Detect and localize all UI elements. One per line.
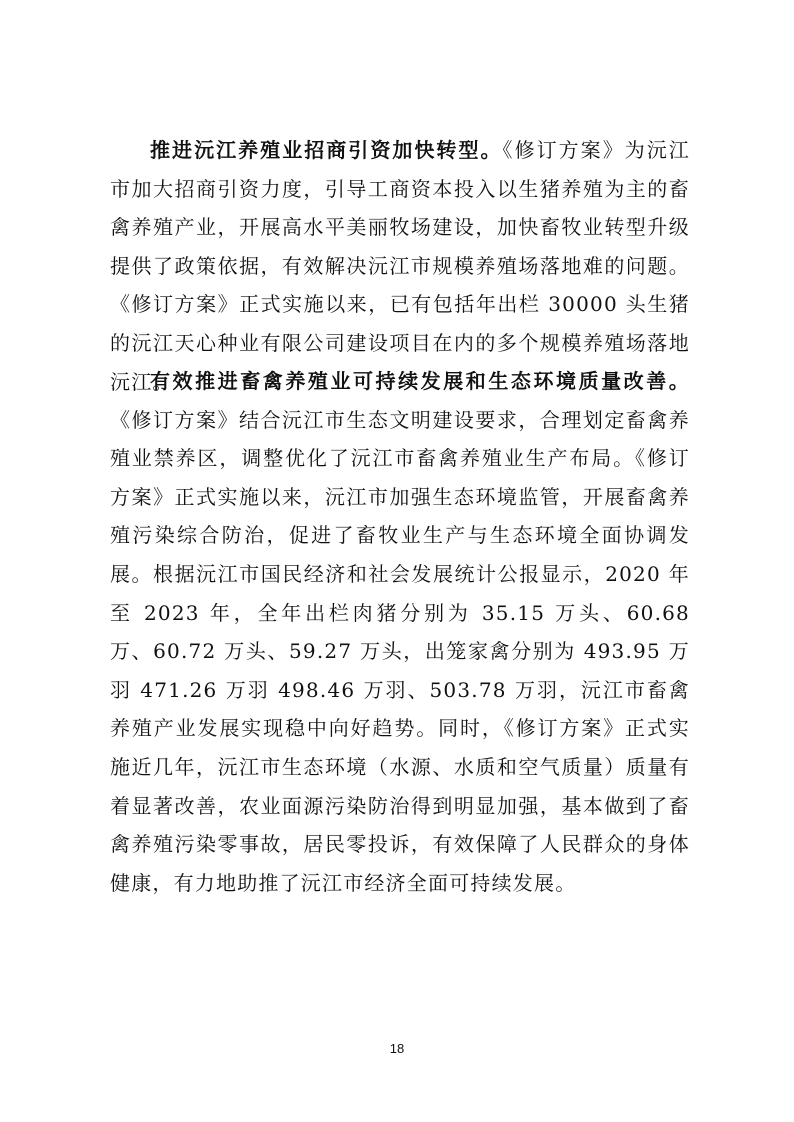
paragraph-investment: 推进沅江养殖业招商引资加快转型。《修订方案》为沅江市加大招商引资力度，引导工商资… [110,131,690,401]
document-page: 推进沅江养殖业招商引资加快转型。《修订方案》为沅江市加大招商引资力度，引导工商资… [0,0,794,1122]
paragraph-sustainability: 有效推进畜禽养殖业可持续发展和生态环境质量改善。《修订方案》结合沅江市生态文明建… [110,362,690,902]
page-number: 18 [0,1041,794,1056]
paragraph-body: 《修订方案》为沅江市加大招商引资力度，引导工商资本投入以生猪养殖为主的畜禽养殖产… [110,138,690,394]
paragraph-heading: 推进沅江养殖业招商引资加快转型。 [150,138,503,162]
paragraph-heading: 有效推进畜禽养殖业可持续发展和生态环境质量改善。 [150,369,690,393]
paragraph-body: 《修订方案》结合沅江市生态文明建设要求，合理划定畜禽养殖业禁养区，调整优化了沅江… [110,408,690,895]
